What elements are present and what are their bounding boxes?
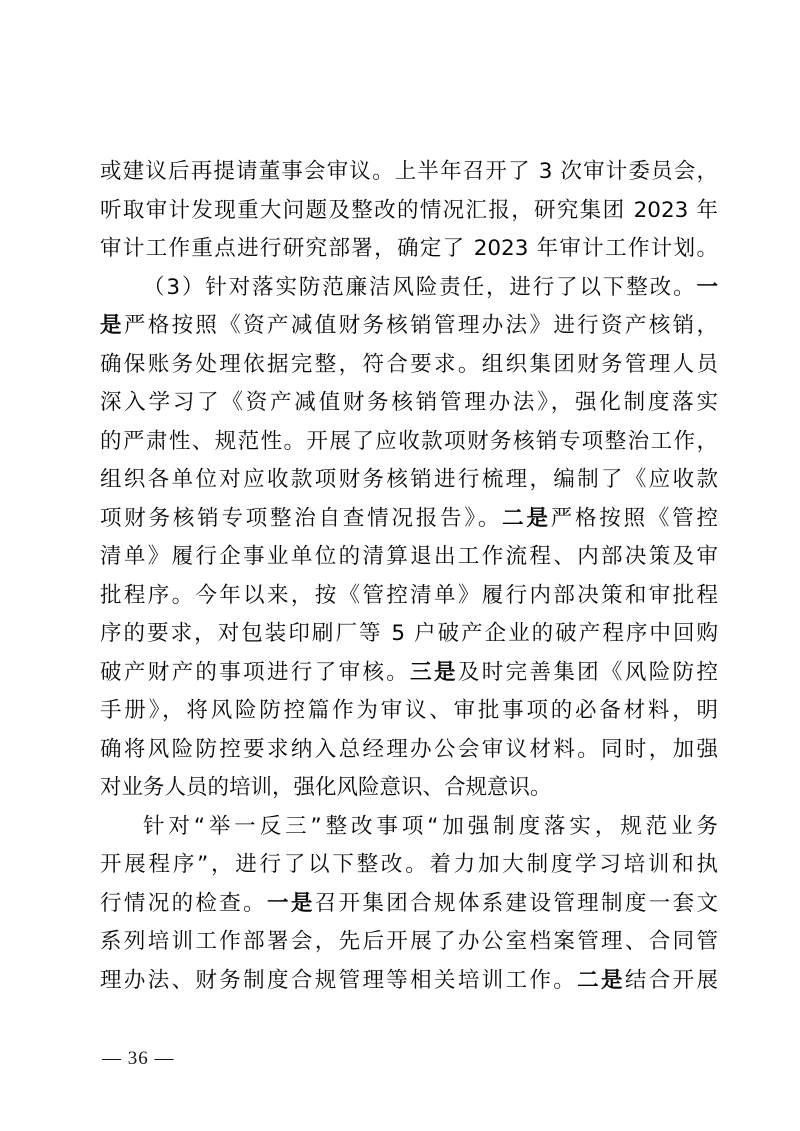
text-segment: （3）针对落实防范廉洁风险责任，进行了以下整改。 <box>143 275 696 300</box>
page-number: — 36 — <box>102 1048 175 1070</box>
text-line: 理办法、财务制度合规管理等相关培训工作。二是结合开展 <box>100 962 718 1001</box>
text-line: 行情况的检查。一是召开集团合规体系建设管理制度一套文 <box>100 885 718 924</box>
text-segment: 结合开展 <box>625 968 718 993</box>
text-segment: 严格按照《资产减值财务核销管理办法》进行资产核销， <box>124 313 718 338</box>
text-line: （3）针对落实防范廉洁风险责任，进行了以下整改。一 <box>100 269 718 308</box>
text-line: 项财务核销专项整治自查情况报告》。二是严格按照《管控 <box>100 500 718 539</box>
text-line: 破产财产的事项进行了审核。三是及时完善集团《风险防控 <box>100 654 718 693</box>
text-segment: 召开集团合规体系建设管理制度一套文 <box>315 891 718 916</box>
text-line: 对业务人员的培训，强化风险意识、合规意识。 <box>100 769 718 808</box>
text-segment: 听取审计发现重大问题及整改的情况汇报，研究集团 2023 年 <box>100 198 718 223</box>
text-segment: 严格按照《管控 <box>551 506 718 531</box>
text-segment: 清单》履行企事业单位的清算退出工作流程、内部决策及审 <box>100 544 718 569</box>
text-segment: 系列培训工作部署会，先后开展了办公室档案管理、合同管 <box>100 929 718 954</box>
text-segment: 项财务核销专项整治自查情况报告》。 <box>100 506 502 531</box>
text-line: 开展程序”，进行了以下整改。着力加大制度学习培训和执 <box>100 846 718 885</box>
emphasis-text: 二是 <box>577 968 625 993</box>
text-line: 清单》履行企事业单位的清算退出工作流程、内部决策及审 <box>100 538 718 577</box>
text-line: 的严肃性、规范性。开展了应收款项财务核销专项整治工作， <box>100 423 718 462</box>
text-line: 序的要求，对包装印刷厂等 5 户破产企业的破产程序中回购 <box>100 615 718 654</box>
text-segment: 的严肃性、规范性。开展了应收款项财务核销专项整治工作， <box>100 429 718 454</box>
emphasis-text: 一是 <box>267 891 315 916</box>
text-line: 或建议后再提请董事会审议。上半年召开了 3 次审计委员会， <box>100 153 718 192</box>
text-line: 确将风险防控要求纳入总经理办公会审议材料。同时，加强 <box>100 731 718 770</box>
emphasis-text: 二是 <box>502 506 551 531</box>
text-segment: 确保账务处理依据完整，符合要求。组织集团财务管理人员 <box>100 352 718 377</box>
text-line: 系列培训工作部署会，先后开展了办公室档案管理、合同管 <box>100 923 718 962</box>
text-segment: 确将风险防控要求纳入总经理办公会审议材料。同时，加强 <box>100 737 718 762</box>
text-line: 确保账务处理依据完整，符合要求。组织集团财务管理人员 <box>100 346 718 385</box>
text-segment: 行情况的检查。 <box>100 891 267 916</box>
text-line: 手册》，将风险防控篇作为审议、审批事项的必备材料，明 <box>100 692 718 731</box>
text-segment: 或建议后再提请董事会审议。上半年召开了 3 次审计委员会， <box>100 159 718 184</box>
text-segment: 组织各单位对应收款项财务核销进行梳理，编制了《应收款 <box>100 467 718 492</box>
emphasis-text: 一 <box>696 275 718 300</box>
text-segment: 及时完善集团《风险防控 <box>458 660 718 685</box>
text-segment: 手册》，将风险防控篇作为审议、审批事项的必备材料，明 <box>100 698 718 723</box>
text-segment: 破产财产的事项进行了审核。 <box>100 660 410 685</box>
text-line: 组织各单位对应收款项财务核销进行梳理，编制了《应收款 <box>100 461 718 500</box>
emphasis-text: 是 <box>100 313 124 338</box>
text-segment: 理办法、财务制度合规管理等相关培训工作。 <box>100 968 577 993</box>
text-segment: 序的要求，对包装印刷厂等 5 户破产企业的破产程序中回购 <box>100 621 718 646</box>
text-segment: 审计工作重点进行研究部署，确定了 2023 年审计工作计划。 <box>100 236 718 261</box>
text-segment: 深入学习了《资产减值财务核销管理办法》，强化制度落实 <box>100 390 718 415</box>
body-text: 或建议后再提请董事会审议。上半年召开了 3 次审计委员会，听取审计发现重大问题及… <box>100 153 718 1000</box>
text-line: 批程序。今年以来，按《管控清单》履行内部决策和审批程 <box>100 577 718 616</box>
text-line: 针对“举一反三”整改事项“加强制度落实，规范业务 <box>100 808 718 847</box>
text-line: 深入学习了《资产减值财务核销管理办法》，强化制度落实 <box>100 384 718 423</box>
text-line: 是严格按照《资产减值财务核销管理办法》进行资产核销， <box>100 307 718 346</box>
emphasis-text: 三是 <box>410 660 458 685</box>
document-page: 或建议后再提请董事会审议。上半年召开了 3 次审计委员会，听取审计发现重大问题及… <box>0 0 800 1131</box>
text-segment: 批程序。今年以来，按《管控清单》履行内部决策和审批程 <box>100 583 718 608</box>
text-line: 审计工作重点进行研究部署，确定了 2023 年审计工作计划。 <box>100 230 718 269</box>
text-segment: 针对“举一反三”整改事项“加强制度落实，规范业务 <box>143 814 718 839</box>
text-segment: 对业务人员的培训，强化风险意识、合规意识。 <box>100 775 552 800</box>
text-line: 听取审计发现重大问题及整改的情况汇报，研究集团 2023 年 <box>100 192 718 231</box>
text-segment: 开展程序”，进行了以下整改。着力加大制度学习培训和执 <box>100 852 718 877</box>
